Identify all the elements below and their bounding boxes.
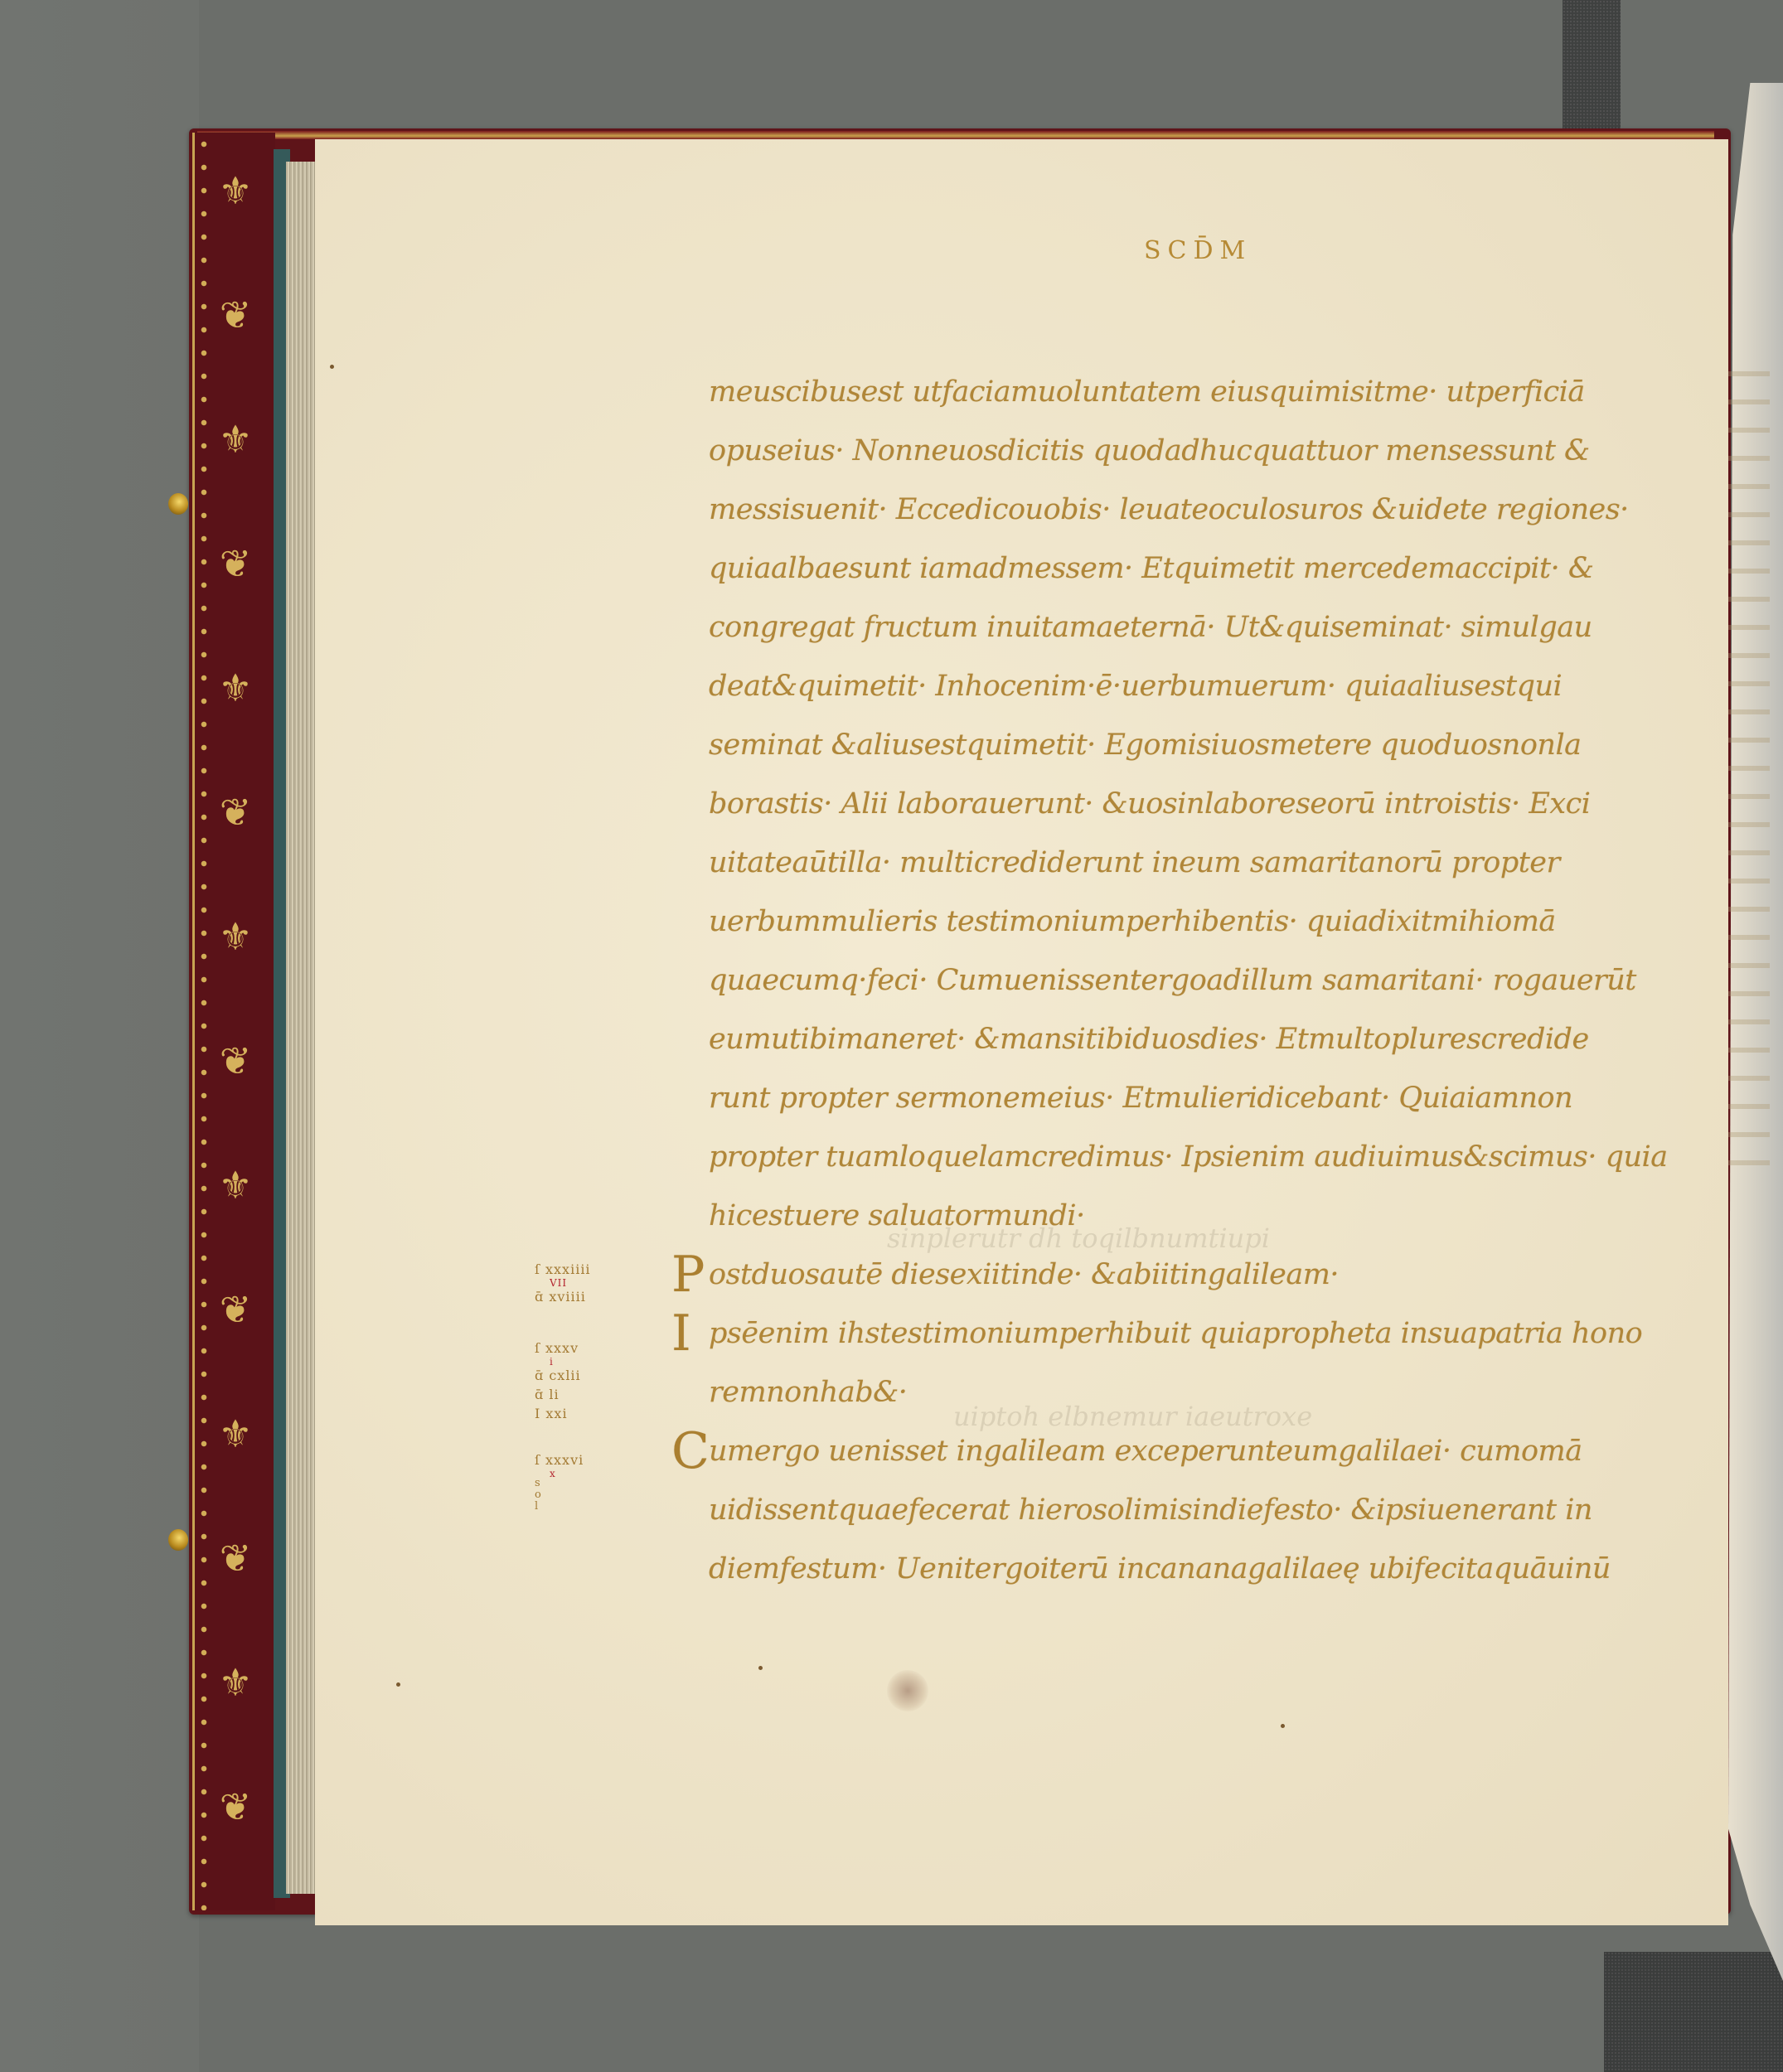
parchment-speck [758, 1666, 763, 1670]
text-line: congregat fructum inuitamaeternā· Ut&qui… [709, 598, 1687, 657]
initial-letter-c: C [671, 1422, 709, 1481]
text-line: quaecumq·feci· Cumuenissentergoadillum s… [709, 951, 1687, 1010]
background-left-shade [0, 0, 199, 2072]
margin-note-line: ſ xxxiiii [535, 1260, 591, 1279]
text-line: propter tuamloquelamcredimus· Ipsienim a… [709, 1128, 1687, 1187]
text-line: quiaalbaesunt iamadmessem· Etquimetit me… [709, 540, 1687, 598]
margin-note-rubric: VII [535, 1279, 591, 1287]
fleur-de-lis-icon: ⚜ [206, 1392, 264, 1475]
parchment-speck [1281, 1724, 1285, 1728]
text-line: runt propter sermonemeius· Etmulieridice… [709, 1069, 1687, 1128]
brass-clasp-icon [168, 493, 188, 515]
scroll-ornament-icon: ❦ [206, 522, 264, 605]
facing-page-show-through [1728, 348, 1770, 1177]
fleur-de-lis-icon: ⚜ [206, 895, 264, 978]
main-text-block: meuscibusest utfaciamuoluntatem eiusquim… [709, 363, 1687, 1599]
text-line: seminat &aliusestquimetit· Egomisiuosmet… [709, 716, 1687, 775]
margin-note-canon: ſ xxxv i ɑ̄ cxlii ɑ̄ li I xxi [535, 1339, 581, 1423]
text-line: umergo uenisset ingalileam exceperunteum… [709, 1435, 1582, 1468]
text-line: messisuenit· Eccedicouobis· leuateoculos… [709, 481, 1687, 540]
scroll-ornament-icon: ❦ [206, 274, 264, 356]
margin-note-rubric: x [535, 1469, 584, 1478]
text-line: deat&quimetit· Inhocenim·ē·uerbumuerum· … [709, 657, 1687, 716]
scroll-ornament-icon: ❦ [206, 771, 264, 854]
fleur-de-lis-icon: ⚜ [206, 398, 264, 481]
text-line: hicestuere saluatormundi· [709, 1187, 1687, 1246]
fleur-de-lis-icon: ⚜ [206, 646, 264, 729]
parchment-speck [396, 1682, 400, 1687]
gilt-top-edge [197, 131, 1714, 139]
section-p: P ostduosautē diesexiitinde· &abiitingal… [709, 1246, 1687, 1305]
brass-clasp-icon [168, 1529, 188, 1551]
margin-note-line: o [535, 1489, 584, 1501]
parchment-stain [887, 1670, 928, 1711]
text-line: opuseius· Nonneuosdicitis quodadhucquatt… [709, 422, 1687, 481]
margin-note-line: I xxi [535, 1404, 581, 1423]
scroll-ornament-icon: ❦ [206, 1517, 264, 1600]
margin-note-line: ſ xxxv [535, 1339, 581, 1358]
scroll-ornament-icon: ❦ [206, 1019, 264, 1102]
initial-letter-p: P [671, 1246, 705, 1305]
margin-note-line: ɑ̄ cxlii [535, 1366, 581, 1385]
margin-note-line: ɑ̄ li [535, 1385, 581, 1404]
text-line: uidissentquaefecerat hierosolimisindiefe… [709, 1481, 1687, 1540]
section-i: I psēenim ihstestimoniumperhibuit quiapr… [709, 1305, 1687, 1363]
margin-note-canon: ſ xxxiiii VII ɑ̄ xviiii [535, 1260, 591, 1306]
scroll-ornament-icon: ❦ [206, 1268, 264, 1351]
margin-note-line: s [535, 1478, 584, 1489]
tooled-leather-border: ⚜ ❦ ⚜ ❦ ⚜ ❦ ⚜ ❦ ⚜ ❦ ⚜ ❦ ⚜ ❦ [192, 133, 275, 1910]
initial-letter-i: I [671, 1305, 690, 1363]
fleur-de-lis-icon: ⚜ [206, 1144, 264, 1227]
background-cradle-bottom [1604, 1952, 1783, 2072]
margin-note-line: ſ xxxvi [535, 1450, 584, 1469]
fleur-de-lis-icon: ⚜ [206, 149, 264, 232]
fleur-de-lis-icon: ⚜ [206, 1641, 264, 1724]
margin-note-canon: ſ xxxvi x s o l [535, 1450, 584, 1513]
margin-note-line: ɑ̄ xviiii [535, 1287, 591, 1306]
text-line: uerbummulieris testimoniumperhibentis· q… [709, 893, 1687, 951]
text-line: ostduosautē diesexiitinde· &abiitingalil… [709, 1258, 1339, 1291]
text-line: eumutibimaneret· &mansitibiduosdies· Etm… [709, 1010, 1687, 1069]
text-line: diemfestum· Uenitergoiterū incananagalil… [709, 1540, 1687, 1599]
margin-note-line: l [535, 1501, 584, 1513]
running-head: SCD̄M [1144, 236, 1252, 265]
text-line: uitateaūtilla· multicrediderunt ineum sa… [709, 834, 1687, 893]
page-fore-edges [286, 162, 319, 1894]
text-line: borastis· Alii laborauerunt· &uosinlabor… [709, 775, 1687, 834]
text-line: psēenim ihstestimoniumperhibuit quiaprop… [709, 1317, 1642, 1350]
scroll-ornament-icon: ❦ [206, 1765, 264, 1848]
margin-note-rubric: i [535, 1358, 581, 1366]
parchment-speck [330, 365, 334, 369]
text-line: meuscibusest utfaciamuoluntatem eiusquim… [709, 363, 1687, 422]
background-cradle-top [1563, 0, 1621, 133]
text-line: remnonhab&· [709, 1363, 1687, 1422]
section-c: C umergo uenisset ingalileam exceperunte… [709, 1422, 1687, 1481]
